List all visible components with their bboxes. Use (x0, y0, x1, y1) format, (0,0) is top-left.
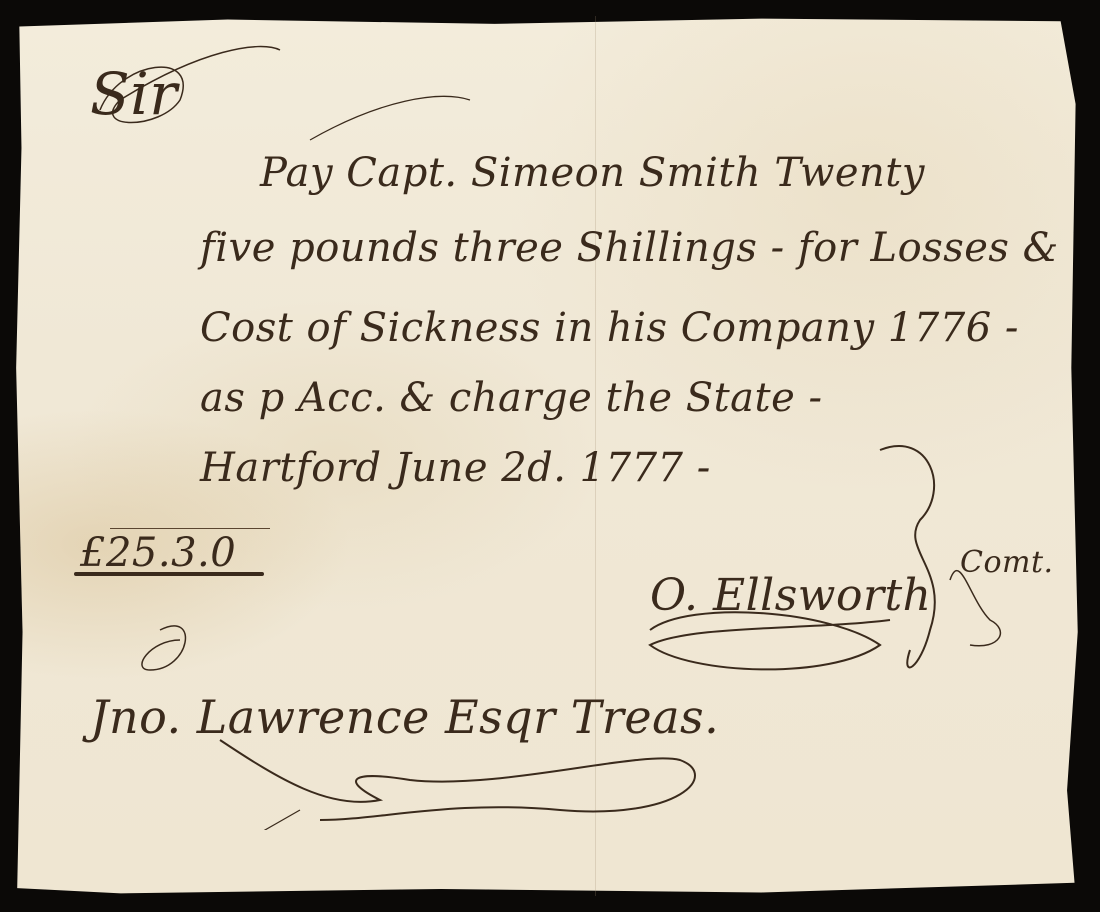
addressee-flourish-icon (120, 610, 720, 830)
body-line-2: five pounds three Shillings - for Losses… (200, 225, 1059, 271)
amount: £25.3.0 (80, 530, 236, 576)
body-line-3: Cost of Sickness in his Company 1776 - (200, 305, 1019, 351)
salutation-flourish-icon (80, 40, 500, 180)
body-line-4: as p Acc. & charge the State - (200, 375, 823, 421)
amount-underline (74, 572, 264, 576)
amount-overline (110, 528, 270, 529)
